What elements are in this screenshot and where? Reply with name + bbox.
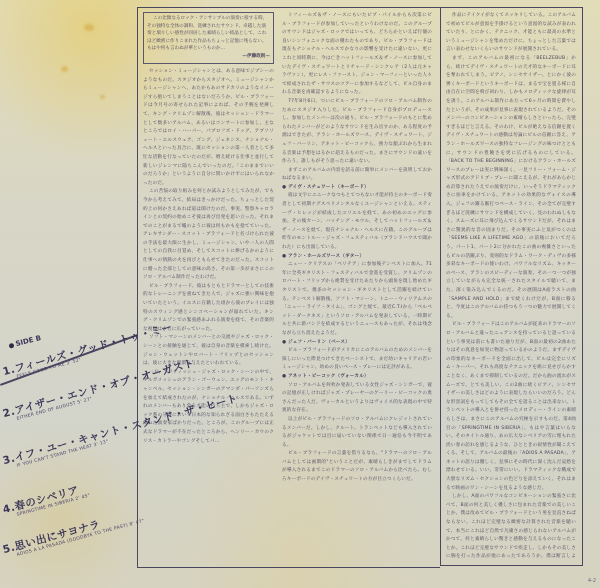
- member-name: ジェフ・バーリン: [288, 340, 326, 345]
- paragraph: まず、このアルバムの最初になる「BEELZEBUB」から、続けてデイヴ・スチュワ…: [446, 55, 576, 321]
- column-2: トフィールズ＆ザ・ノースにもいたピプ・パイルからも次第にビル・ブラフォードが参加…: [282, 12, 432, 557]
- member-role: ベース: [331, 340, 345, 345]
- member-name: デイヴ・スチュワート: [288, 185, 335, 190]
- member-role: ギター: [345, 254, 359, 259]
- intro-signature: —伊藤政則—: [147, 53, 270, 61]
- intro-paragraph: この比類なるロック・アンサンブルの演奏に接する時、その独特な全体の調和、洗練され…: [147, 16, 267, 51]
- member-bio: ビル・ブラフォードがアメリカにこのアルバムのためのメンバーを探しにいった際見つけ…: [282, 347, 432, 373]
- page-marker: 4-2: [588, 578, 596, 584]
- intro-text: この比類なるロック・アンサンブルの演奏に接する時、その独特な全体の調和、洗練され…: [147, 15, 270, 61]
- column-3: 作品にテイクイがなくてスッキリしている。このアルバムで初めてビルが意図を手掛ける…: [446, 12, 576, 560]
- stain: [100, 95, 105, 99]
- stain: [84, 24, 94, 31]
- member-name: アラン・ホールズワース: [288, 254, 340, 259]
- paragraph: この苦悩の取り組みを何とか試みようとしてみたが、でも今から考えてみて、結局はきっ…: [143, 188, 274, 283]
- paragraph: ビル・ブラフォードの言葉を借りるなら、"ドラマーのソロ・アルバムとしては画期的"…: [282, 450, 432, 484]
- member-role: キーボード: [340, 185, 364, 190]
- member-heading: ● アラン・ホールズワース（ギター）: [282, 253, 432, 262]
- paragraph: しかし、A面のパワフルなコンビネーションの緊張さに比べて、B面の何と美しく優しさ…: [446, 493, 576, 560]
- member-heading: ● アネット・ピーコック（ヴォーカル）: [282, 373, 432, 382]
- stain: [61, 66, 68, 72]
- member-heading: ● デイヴ・スチュワート（キーボード）: [282, 184, 432, 193]
- text-frame-bottom: [137, 567, 440, 568]
- paragraph: 以上がビル・ブラフォードのソロ・アルバムにクレジットされているメンバーだ。しかし…: [282, 416, 432, 450]
- column-1: セッション・ミュージシャンとは、ある意味でジプシーのようなものだ。スタジオからス…: [143, 68, 274, 562]
- intro-box: この比類なるロック・アンサンブルの演奏に接する時、その独特な全体の調和、洗練され…: [143, 12, 274, 64]
- bullet-icon: [8, 342, 14, 348]
- paragraph: まずこのアルバムの内容を語る前に簡単にメンバーを説明しておかねばなるまい。: [282, 167, 432, 184]
- paragraph: ビル・ブラフォードはこのアルバムが従来のドラマーのソロ・アルバムと違ったニュアン…: [446, 321, 576, 493]
- paragraph: トフィールズ＆ザ・ノースにもいたピプ・パイルからも次第にビル・ブラフォードが参加…: [282, 12, 432, 98]
- paragraph: 77年8月6日、ついにビル・ブラフォードのソロ・アルバム制作のためにスタジオ入り…: [282, 98, 432, 167]
- member-heading: ● ジェフ・バーリン（ベース）: [282, 339, 432, 348]
- member-bio: ソロ・アルバムを何枚か発表している女性ジャズ・シンガーで、彼の記憶が正しければジ…: [282, 382, 432, 416]
- member-role: ヴォーカル: [340, 374, 364, 379]
- paragraph: セッション・ミュージシャンとは、ある意味でジプシーのようなものだ。スタジオからス…: [143, 68, 274, 188]
- member-name: アネット・ピーコック: [288, 374, 335, 379]
- paragraph: 作品にテイクイがなくてスッキリしている。このアルバムで初めてビルが意図を手掛ける…: [446, 12, 576, 55]
- member-bio: ニュー・クリアスの「ベリテア」に参加後テンペストに加入。71年に全英ギタリスト・…: [282, 261, 432, 338]
- member-bio: 彼は文字にユニークなつもとてつもない才能が持主のキーボード奏者として初期ナグスペ…: [282, 192, 432, 252]
